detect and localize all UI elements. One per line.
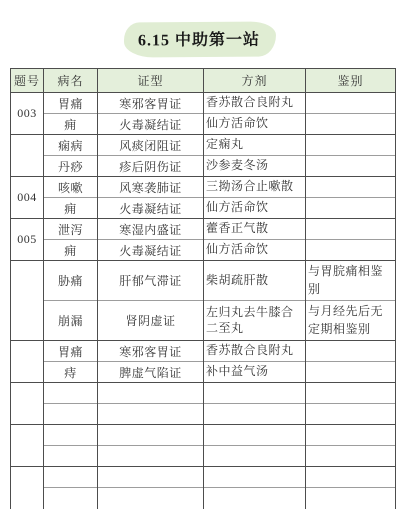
title-highlight: 6.15 中助第一站 bbox=[124, 21, 276, 57]
formula-cell: 定痫丸 bbox=[204, 135, 306, 156]
syndrome-cell: 肝郁气滞证 bbox=[98, 261, 204, 301]
page-title: 6.15 中助第一站 bbox=[138, 32, 260, 50]
table-row bbox=[11, 425, 396, 446]
header-question-id: 题号 bbox=[11, 69, 44, 93]
formula-cell: 仙方活命饮 bbox=[204, 198, 306, 219]
formula-cell: 沙参麦冬汤 bbox=[204, 156, 306, 177]
disease-cell bbox=[44, 446, 98, 467]
note-cell bbox=[306, 198, 396, 219]
table-row bbox=[11, 446, 396, 467]
table-row: 痈火毒凝结证仙方活命饮 bbox=[11, 114, 396, 135]
table-body: 003胃痛寒邪客胃证香苏散合良附丸痈火毒凝结证仙方活命饮痫病风痰闭阻证定痫丸丹痧… bbox=[11, 93, 396, 509]
table-row: 003胃痛寒邪客胃证香苏散合良附丸 bbox=[11, 93, 396, 114]
table-row: 痈火毒凝结证仙方活命饮 bbox=[11, 198, 396, 219]
syndrome-cell bbox=[98, 467, 204, 488]
disease-cell: 崩漏 bbox=[44, 301, 98, 341]
formula-cell bbox=[204, 446, 306, 467]
formula-cell bbox=[204, 404, 306, 425]
question-id-cell bbox=[11, 383, 44, 425]
note-cell bbox=[306, 446, 396, 467]
note-cell bbox=[306, 341, 396, 362]
table-row: 痫病风痰闭阻证定痫丸 bbox=[11, 135, 396, 156]
table-row: 胃痛寒邪客胃证香苏散合良附丸 bbox=[11, 341, 396, 362]
disease-cell: 胃痛 bbox=[44, 341, 98, 362]
disease-cell: 丹痧 bbox=[44, 156, 98, 177]
syndrome-cell: 疹后阴伤证 bbox=[98, 156, 204, 177]
syndrome-cell: 火毒凝结证 bbox=[98, 240, 204, 261]
syndrome-cell: 火毒凝结证 bbox=[98, 114, 204, 135]
header-syndrome: 证型 bbox=[98, 69, 204, 93]
formula-cell: 三拗汤合止嗽散 bbox=[204, 177, 306, 198]
disease-cell: 痈 bbox=[44, 198, 98, 219]
formula-cell: 仙方活命饮 bbox=[204, 114, 306, 135]
formula-cell bbox=[204, 425, 306, 446]
disease-cell: 胁痛 bbox=[44, 261, 98, 301]
syndrome-cell: 寒邪客胃证 bbox=[98, 93, 204, 114]
note-cell bbox=[306, 362, 396, 383]
syndrome-cell: 寒邪客胃证 bbox=[98, 341, 204, 362]
disease-cell: 胃痛 bbox=[44, 93, 98, 114]
table-header-row: 题号 病名 证型 方剂 鉴别 bbox=[11, 69, 396, 93]
table-row bbox=[11, 383, 396, 404]
table-row bbox=[11, 467, 396, 488]
table-row: 004咳嗽风寒袭肺证三拗汤合止嗽散 bbox=[11, 177, 396, 198]
formula-cell: 补中益气汤 bbox=[204, 362, 306, 383]
syndrome-cell: 寒湿内盛证 bbox=[98, 219, 204, 240]
disease-cell: 痈 bbox=[44, 114, 98, 135]
note-cell: 与胃脘痛相鉴别 bbox=[306, 261, 396, 301]
note-cell bbox=[306, 93, 396, 114]
disease-cell bbox=[44, 467, 98, 488]
syndrome-cell: 火毒凝结证 bbox=[98, 198, 204, 219]
table-row bbox=[11, 404, 396, 425]
disease-cell: 咳嗽 bbox=[44, 177, 98, 198]
table-row: 005泄泻寒湿内盛证藿香正气散 bbox=[11, 219, 396, 240]
document-page: 6.15 中助第一站 题号 病名 证型 方剂 鉴别 003胃痛寒邪客胃证香苏散合… bbox=[0, 0, 400, 509]
disease-cell bbox=[44, 404, 98, 425]
formula-cell: 柴胡疏肝散 bbox=[204, 261, 306, 301]
note-cell: 与月经先后无定期相鉴别 bbox=[306, 301, 396, 341]
syndrome-cell: 风痰闭阻证 bbox=[98, 135, 204, 156]
question-id-cell bbox=[11, 135, 44, 177]
table-row bbox=[11, 488, 396, 509]
formula-cell: 香苏散合良附丸 bbox=[204, 341, 306, 362]
table-row: 胁痛肝郁气滞证柴胡疏肝散与胃脘痛相鉴别 bbox=[11, 261, 396, 301]
disease-cell bbox=[44, 383, 98, 404]
disease-cell: 泄泻 bbox=[44, 219, 98, 240]
question-id-cell bbox=[11, 467, 44, 509]
note-cell bbox=[306, 383, 396, 404]
question-id-cell bbox=[11, 261, 44, 341]
formula-cell: 香苏散合良附丸 bbox=[204, 93, 306, 114]
note-cell bbox=[306, 425, 396, 446]
note-cell bbox=[306, 488, 396, 509]
syndrome-cell: 风寒袭肺证 bbox=[98, 177, 204, 198]
table-row: 丹痧疹后阴伤证沙参麦冬汤 bbox=[11, 156, 396, 177]
question-id-cell: 003 bbox=[11, 93, 44, 135]
note-cell bbox=[306, 467, 396, 488]
note-cell bbox=[306, 135, 396, 156]
syndrome-cell bbox=[98, 404, 204, 425]
formula-cell bbox=[204, 467, 306, 488]
exam-station-table: 题号 病名 证型 方剂 鉴别 003胃痛寒邪客胃证香苏散合良附丸痈火毒凝结证仙方… bbox=[10, 68, 396, 509]
syndrome-cell bbox=[98, 425, 204, 446]
disease-cell bbox=[44, 425, 98, 446]
question-id-cell bbox=[11, 341, 44, 383]
header-differentiation: 鉴别 bbox=[306, 69, 396, 93]
syndrome-cell: 肾阴虚证 bbox=[98, 301, 204, 341]
title-area: 6.15 中助第一站 bbox=[0, 22, 400, 57]
syndrome-cell bbox=[98, 446, 204, 467]
question-id-cell: 005 bbox=[11, 219, 44, 261]
table-row: 崩漏肾阴虚证左归丸去牛膝合二至丸与月经先后无定期相鉴别 bbox=[11, 301, 396, 341]
disease-cell bbox=[44, 488, 98, 509]
disease-cell: 痈 bbox=[44, 240, 98, 261]
formula-cell: 左归丸去牛膝合二至丸 bbox=[204, 301, 306, 341]
syndrome-cell bbox=[98, 488, 204, 509]
note-cell bbox=[306, 404, 396, 425]
header-formula: 方剂 bbox=[204, 69, 306, 93]
note-cell bbox=[306, 240, 396, 261]
formula-cell: 仙方活命饮 bbox=[204, 240, 306, 261]
question-id-cell: 004 bbox=[11, 177, 44, 219]
disease-cell: 痫病 bbox=[44, 135, 98, 156]
note-cell bbox=[306, 219, 396, 240]
formula-cell bbox=[204, 488, 306, 509]
note-cell bbox=[306, 114, 396, 135]
formula-cell bbox=[204, 383, 306, 404]
table-row: 痈火毒凝结证仙方活命饮 bbox=[11, 240, 396, 261]
table-row: 痔脾虚气陷证补中益气汤 bbox=[11, 362, 396, 383]
note-cell bbox=[306, 177, 396, 198]
disease-cell: 痔 bbox=[44, 362, 98, 383]
question-id-cell bbox=[11, 425, 44, 467]
header-disease: 病名 bbox=[44, 69, 98, 93]
syndrome-cell: 脾虚气陷证 bbox=[98, 362, 204, 383]
syndrome-cell bbox=[98, 383, 204, 404]
note-cell bbox=[306, 156, 396, 177]
formula-cell: 藿香正气散 bbox=[204, 219, 306, 240]
